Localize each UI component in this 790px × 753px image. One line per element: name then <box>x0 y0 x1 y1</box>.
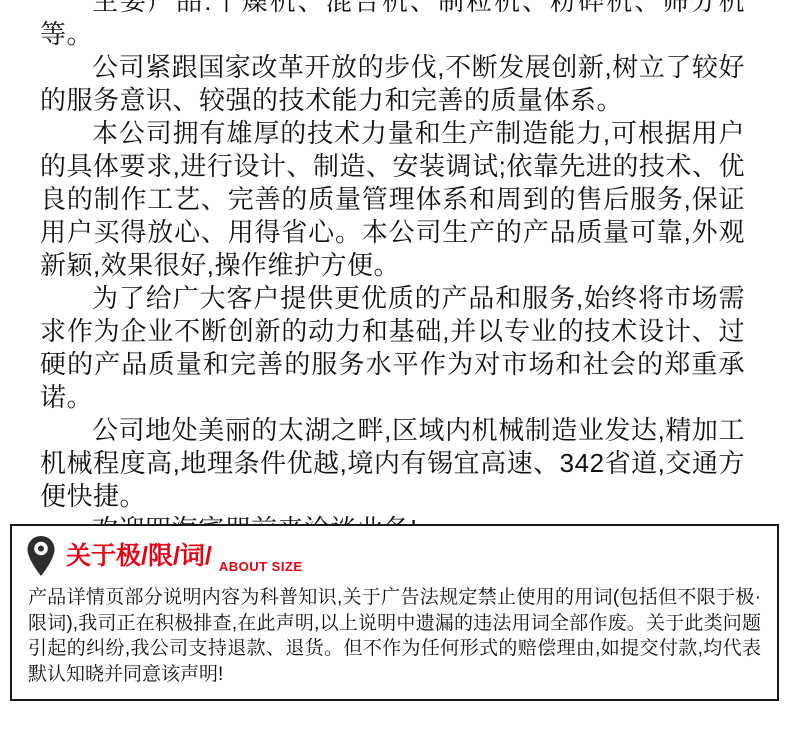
location-pin-icon <box>26 535 56 577</box>
intro-paragraph: 为了给广大客户提供更优质的产品和服务,始终将市场需求作为企业不断创新的动力和基础… <box>40 282 745 414</box>
company-intro-text: 主要产品:干燥机、混合机、制粒机、粉碎机、筛分机等。 公司紧跟国家改革开放的步伐… <box>40 0 745 546</box>
intro-paragraph: 本公司拥有雄厚的技术力量和生产制造能力,可根据用户的具体要求,进行设计、制造、安… <box>40 117 745 282</box>
intro-paragraph-clipped: 主要产品:干燥机、混合机、制粒机、粉碎机、筛分机等。 <box>40 0 745 51</box>
disclaimer-header: 关于极/限/词/ ABOUT SIZE <box>12 526 777 577</box>
intro-paragraph: 公司紧跟国家改革开放的步伐,不断发展创新,树立了较好的服务意识、较强的技术能力和… <box>40 51 745 117</box>
disclaimer-title-cn: 关于极/限/词/ <box>66 544 212 569</box>
disclaimer-body-text: 产品详情页部分说明内容为科普知识,关于广告法规定禁止使用的用词(包括但不限于极·… <box>28 585 761 687</box>
intro-paragraph: 公司地处美丽的太湖之畔,区域内机械制造业发达,精加工机械程度高,地理条件优越,境… <box>40 414 745 513</box>
disclaimer-title-en: ABOUT SIZE <box>219 559 303 577</box>
limit-words-disclaimer-box: 关于极/限/词/ ABOUT SIZE 产品详情页部分说明内容为科普知识,关于广… <box>10 524 779 701</box>
